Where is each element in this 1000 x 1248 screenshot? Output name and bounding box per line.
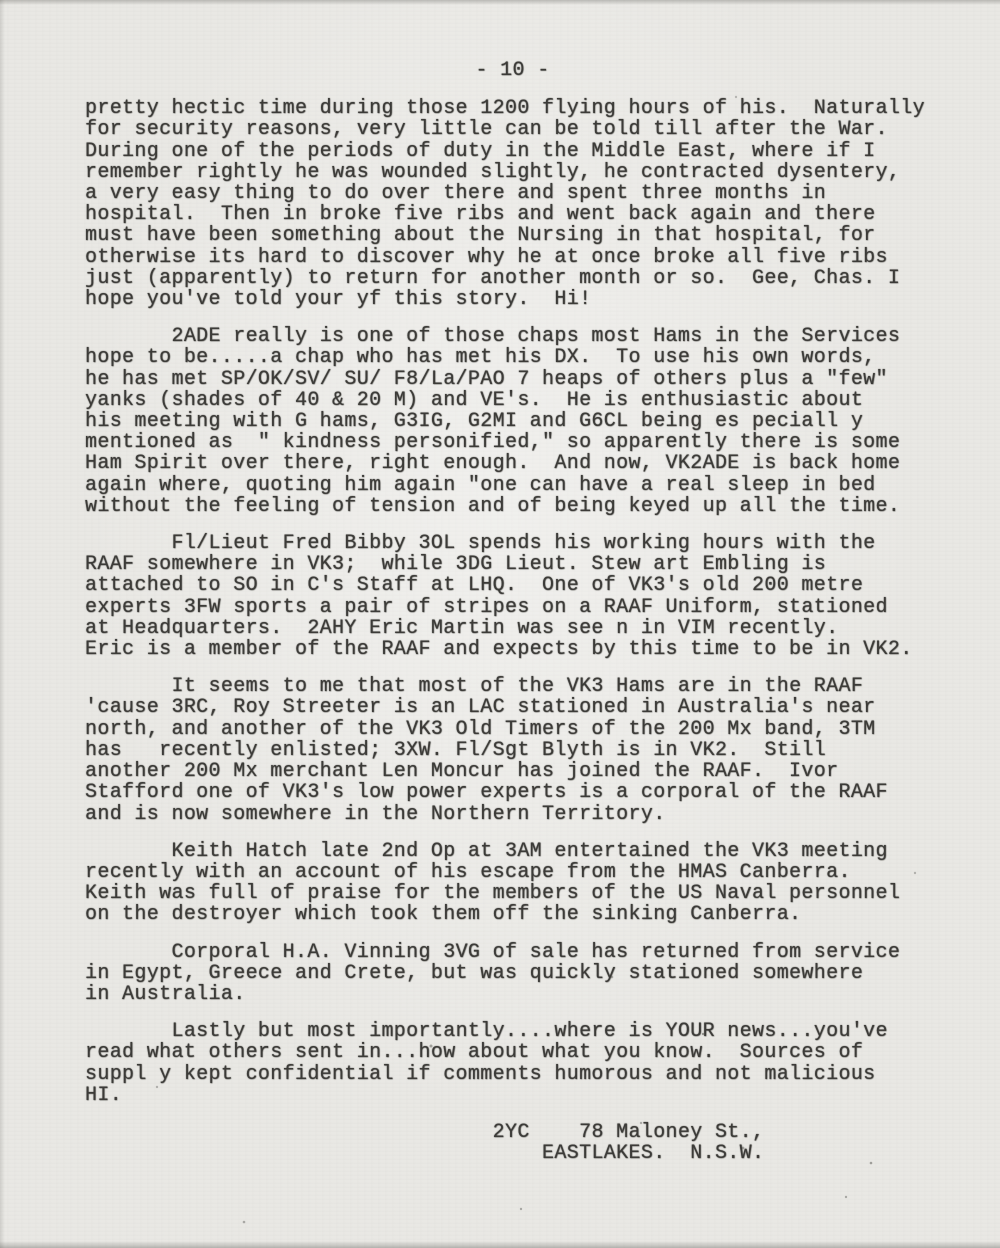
scan-edge-left — [0, 0, 5, 1248]
paragraph-4: It seems to me that most of the VK3 Hams… — [85, 676, 940, 824]
paragraph-3: Fl/Lieut Fred Bibby 3OL spends his worki… — [85, 533, 940, 660]
page-number: - 10 - — [85, 60, 940, 81]
scan-edge-top — [0, 0, 1000, 5]
paragraph-6: Corporal H.A. Vinning 3VG of sale has re… — [85, 942, 940, 1006]
signature-block: 2YC 78 Maloney St., EASTLAKES. N.S.W. — [85, 1122, 940, 1164]
document-page: - 10 - pretty hectic time during those 1… — [0, 0, 1000, 1248]
paragraph-7: Lastly but most importantly....where is … — [85, 1021, 940, 1106]
paragraph-5: Keith Hatch late 2nd Op at 3AM entertain… — [85, 841, 940, 926]
paragraph-2: 2ADE really is one of those chaps most H… — [85, 326, 940, 517]
paragraph-1: pretty hectic time during those 1200 fly… — [85, 98, 940, 310]
scan-speckles — [0, 0, 2, 2]
scan-edge-bottom — [0, 1241, 1000, 1248]
